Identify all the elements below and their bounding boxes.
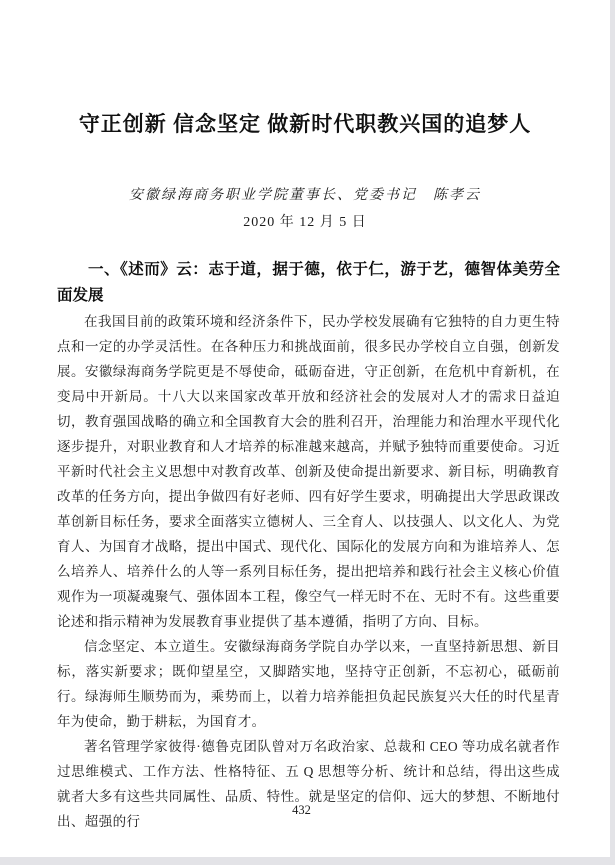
author-byline: 安徽绿海商务职业学院董事长、党委书记 陈孝云 [0,187,610,205]
section-heading: 一、《述而》云：志于道，据于德，依于仁，游于艺，德智体美劳全面发展 [57,257,560,309]
paragraph-3: 著名管理学家彼得·德鲁克团队曾对万名政治家、总裁和 CEO 等功成名就者作过思维… [57,734,560,834]
document-title: 守正创新 信念坚定 做新时代职教兴国的追梦人 [0,0,610,138]
document-page: 守正创新 信念坚定 做新时代职教兴国的追梦人 安徽绿海商务职业学院董事长、党委书… [0,0,610,857]
document-date: 2020 年 12 月 5 日 [0,214,610,232]
paragraph-1: 在我国目前的政策环境和经济条件下，民办学校发展确有它独特的自力更生特点和一定的办… [57,309,560,634]
page-number: 432 [0,803,603,818]
document-body: 一、《述而》云：志于道，据于德，依于仁，游于艺，德智体美劳全面发展 在我国目前的… [57,257,560,834]
paragraph-2: 信念坚定、本立道生。安徽绿海商务学院自办学以来，一直坚持新思想、新目标，落实新要… [57,634,560,734]
